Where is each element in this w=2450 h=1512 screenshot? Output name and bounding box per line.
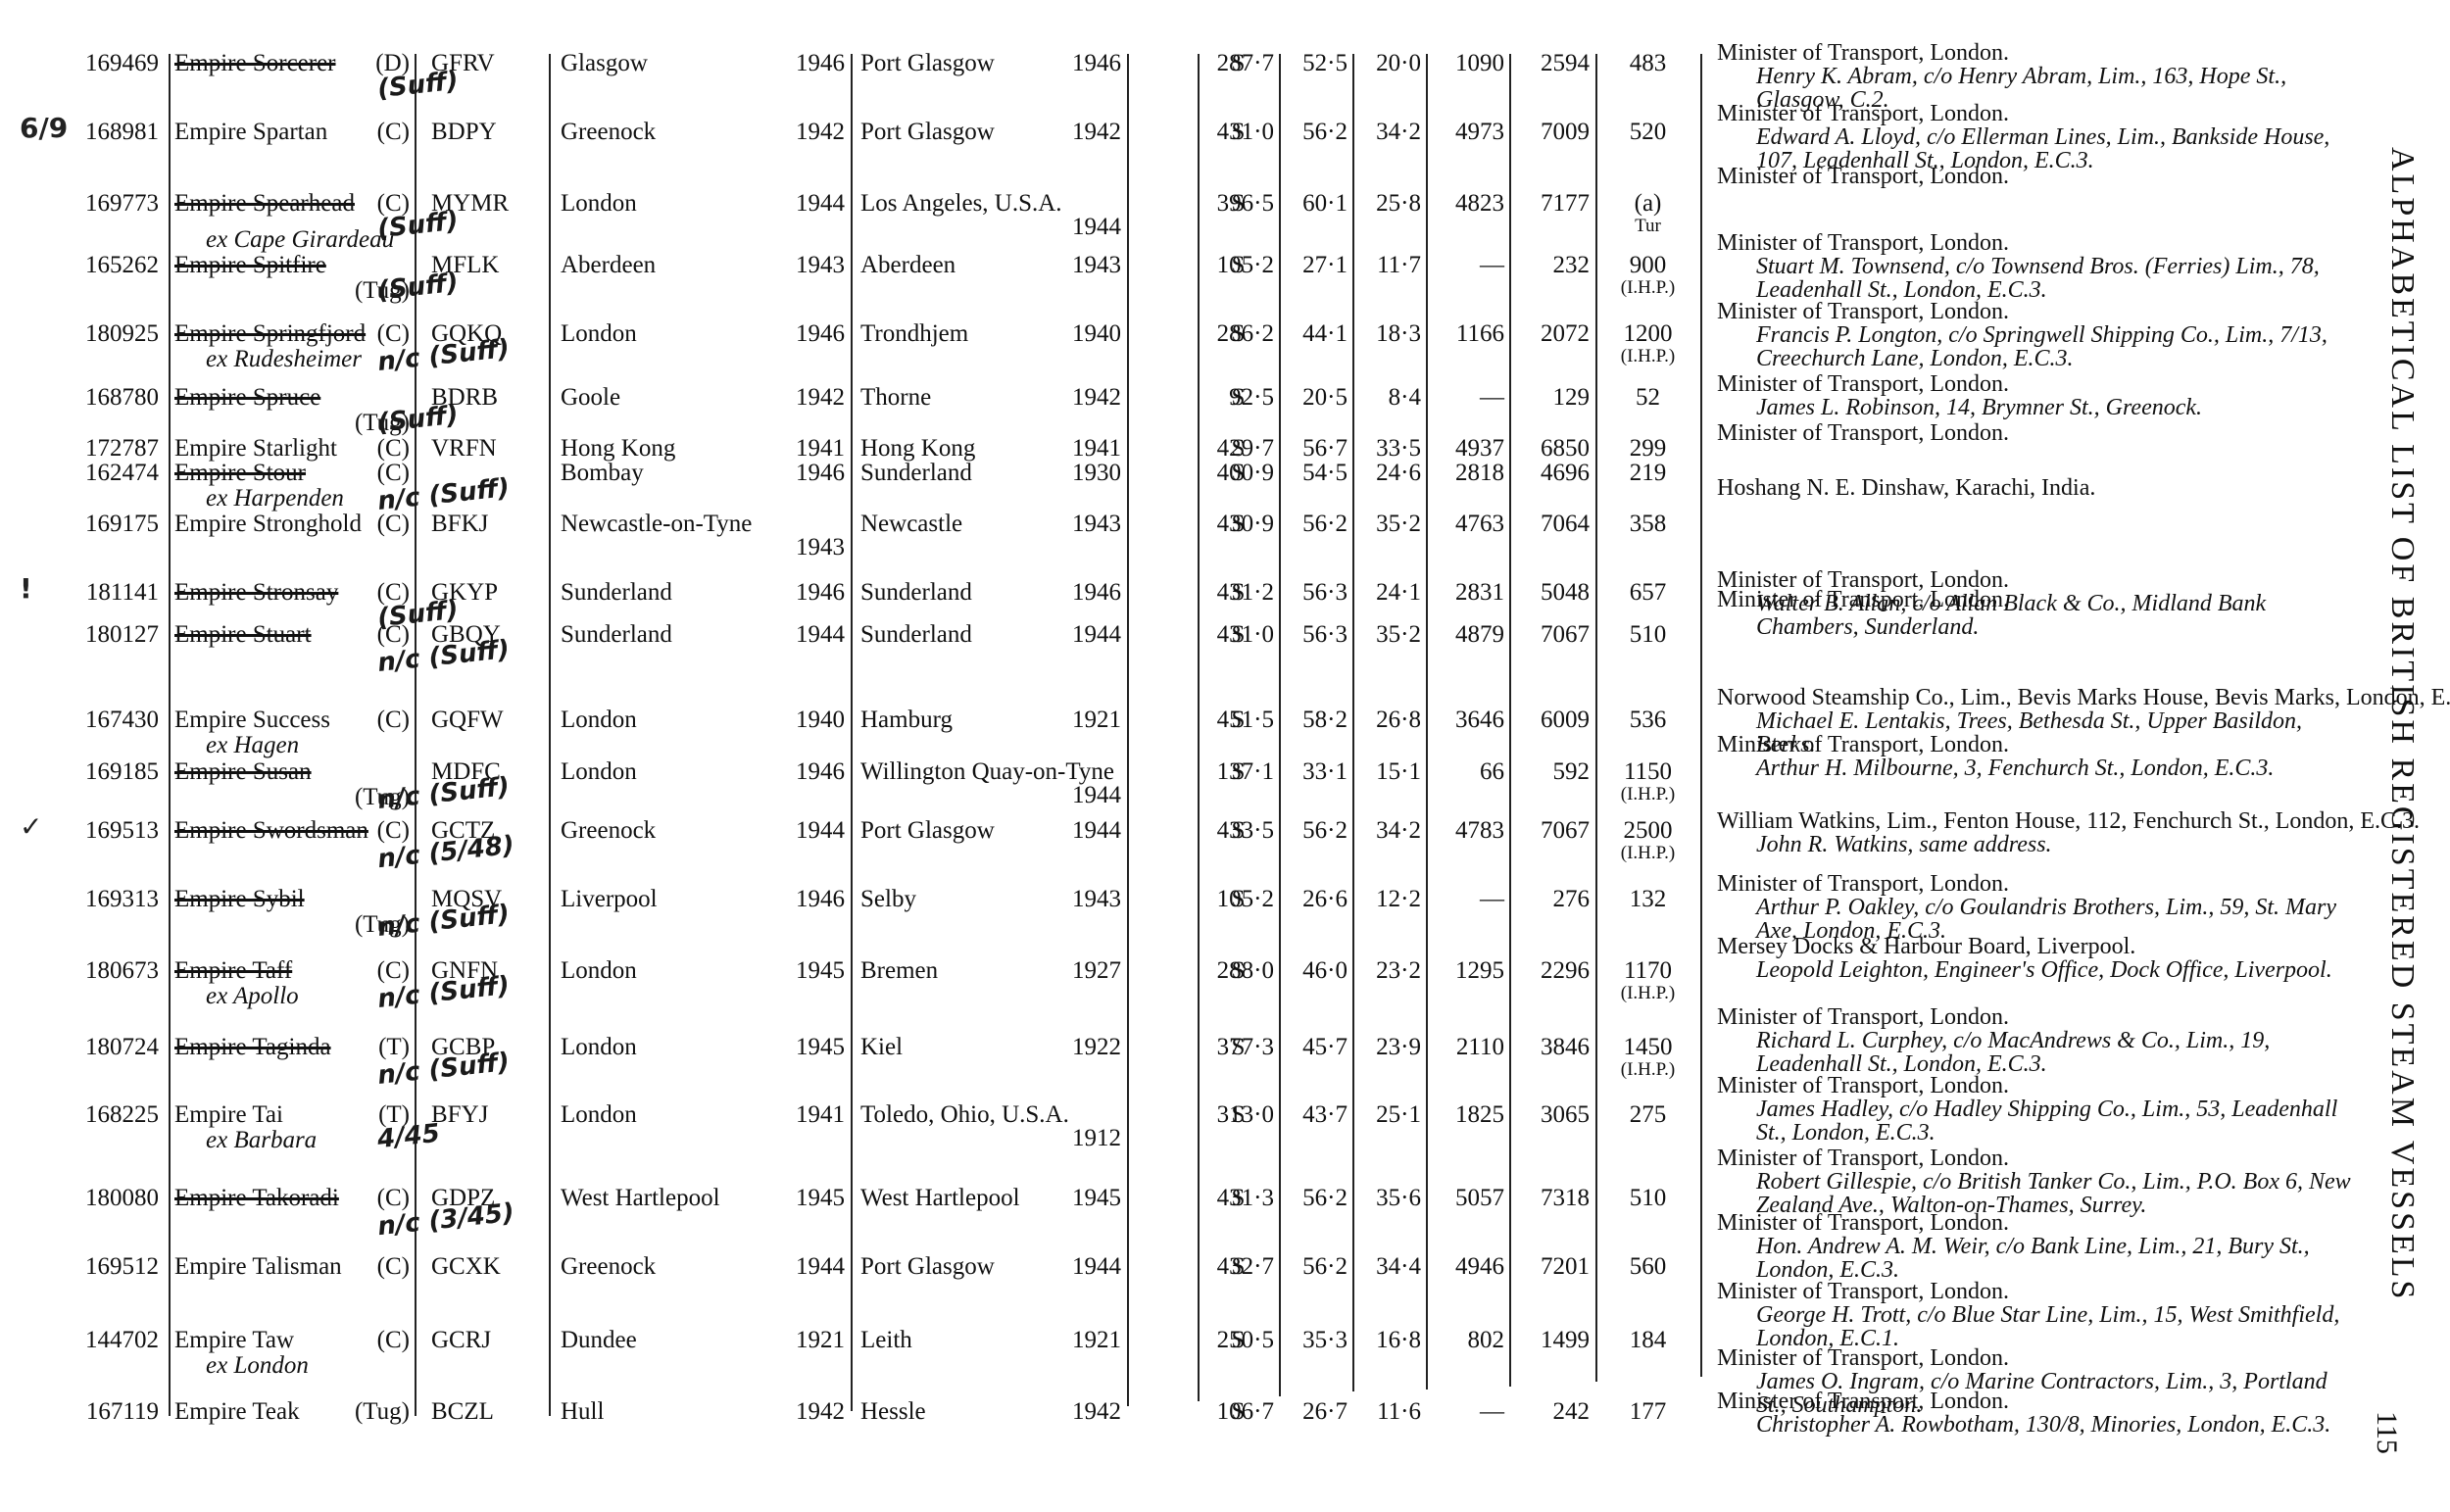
horsepower: 1200 [1595,321,1700,347]
signal-letters: GCRJ [431,1328,539,1353]
owner-manager: Minister of Transport, London.Christophe… [1717,1390,2354,1437]
manager: Richard L. Curphey, c/o MacAndrews & Co.… [1717,1029,2354,1076]
depth-ft: 8·4 [1352,385,1421,411]
former-name: ex Hagen [206,733,412,758]
length-ft: 396·5 [1205,191,1274,217]
gross-tonnage: 2594 [1509,51,1590,76]
signal-letters: BFKJ [431,512,539,537]
depth-ft: 11·7 [1352,253,1421,278]
horsepower: 358 [1595,512,1700,537]
port-of-registry: Goole [561,385,776,411]
breadth-ft: 26·7 [1279,1399,1347,1425]
depth-ft: 18·3 [1352,321,1421,347]
manager: Arthur H. Milbourne, 3, Fenchurch St., L… [1717,756,2354,780]
owner: Minister of Transport, London. [1717,733,2354,756]
gross-tonnage: 7177 [1509,191,1590,217]
built-year: 1921 [1039,1328,1121,1353]
horsepower-note: (I.H.P.) [1595,1060,1700,1080]
registry-year: 1942 [755,1399,845,1425]
vessel-name: Empire Sybil [174,887,370,912]
length-ft: 433·5 [1205,818,1274,844]
horsepower: 184 [1595,1328,1700,1353]
registry-year: 1941 [755,1102,845,1128]
breadth-ft: 58·2 [1279,707,1347,733]
gross-tonnage: 7067 [1509,622,1590,648]
registry-year: 1945 [755,1035,845,1060]
horsepower: 900 [1595,253,1700,278]
net-tonnage: 4783 [1426,818,1504,844]
owner-manager: Minister of Transport, London. [1717,588,2354,611]
horsepower: 52 [1595,385,1700,411]
depth-ft: 12·2 [1352,887,1421,912]
breadth-ft: 20·5 [1279,385,1347,411]
official-number: 162474 [39,461,159,486]
official-number: 168225 [39,1102,159,1128]
vessel-type: (C) [294,818,410,844]
port-of-registry: Bombay [561,461,776,486]
port-of-registry: London [561,321,776,347]
length-ft: 430·9 [1205,512,1274,537]
registry-year: 1946 [755,580,845,606]
built-year: 1942 [1039,385,1121,411]
gross-tonnage: 1499 [1509,1328,1590,1353]
length-ft: 250·5 [1205,1328,1274,1353]
net-tonnage: 1825 [1426,1102,1504,1128]
horsepower-note: (I.H.P.) [1595,844,1700,863]
length-ft: 429·7 [1205,436,1274,462]
horsepower: 520 [1595,120,1700,145]
gross-tonnage: 6009 [1509,707,1590,733]
former-name: ex London [206,1353,412,1379]
owner-manager: Minister of Transport, London.James L. R… [1717,372,2354,419]
vessel-type: (C) [294,436,410,462]
owner-manager: Minister of Transport, London. [1717,421,2354,445]
built-year: 1944 [1039,622,1121,648]
horsepower: 299 [1595,436,1700,462]
breadth-ft: 56·2 [1279,818,1347,844]
depth-ft: 35·2 [1352,512,1421,537]
gross-tonnage: 592 [1509,759,1590,785]
former-name: ex Cape Girardeau [206,227,412,253]
official-number: 168780 [39,385,159,411]
port-of-registry: Hong Kong [561,436,776,462]
depth-ft: 11·6 [1352,1399,1421,1425]
breadth-ft: 27·1 [1279,253,1347,278]
net-tonnage: 1166 [1426,321,1504,347]
gross-tonnage: 4696 [1509,461,1590,486]
vessel-name: Empire Spruce [174,385,370,411]
official-number: 180724 [39,1035,159,1060]
owner: Minister of Transport, London. [1717,231,2354,255]
horsepower-note: Tur [1595,217,1700,236]
depth-ft: 35·2 [1352,622,1421,648]
length-ft: 313·0 [1205,1102,1274,1128]
depth-ft: 15·1 [1352,759,1421,785]
length-ft: 105·2 [1205,253,1274,278]
built-year: 1942 [1039,1399,1121,1425]
official-number: 180673 [39,958,159,984]
signal-letters: BCZL [431,1399,539,1425]
net-tonnage: 4879 [1426,622,1504,648]
owner-manager: Mersey Docks & Harbour Board, Liverpool.… [1717,935,2354,982]
port-of-registry: London [561,759,776,785]
registry-year: 1945 [755,1186,845,1211]
breadth-ft: 56·2 [1279,120,1347,145]
official-number: 169175 [39,512,159,537]
breadth-ft: 56·2 [1279,1186,1347,1211]
owner-manager: Hoshang N. E. Dinshaw, Karachi, India. [1717,476,2354,500]
owner: Minister of Transport, London. [1717,165,2354,188]
owner: Minister of Transport, London. [1717,421,2354,445]
owner: Minister of Transport, London. [1717,1211,2354,1235]
owner: Minister of Transport, London. [1717,872,2354,896]
manager: Christopher A. Rowbotham, 130/8, Minorie… [1717,1413,2354,1437]
official-number: 169469 [39,51,159,76]
port-of-registry: Hull [561,1399,776,1425]
registry-year: 1940 [755,707,845,733]
built-year: 1922 [1039,1035,1121,1060]
breadth-ft: 44·1 [1279,321,1347,347]
registry-year: 1946 [755,321,845,347]
handwritten-annotation: (Suff) [376,270,460,304]
breadth-ft: 56·2 [1279,1254,1347,1280]
official-number: 169513 [39,818,159,844]
length-ft: 92·5 [1205,385,1274,411]
registry-year: 1942 [755,385,845,411]
vessel-type: (C) [294,958,410,984]
port-of-registry: London [561,707,776,733]
owner-manager: Minister of Transport, London.Stuart M. … [1717,231,2354,302]
handwritten-annotation: n/c (Suff) [376,902,511,941]
built-year: 1912 [1039,1126,1121,1151]
vessel-type: (C) [294,1186,410,1211]
port-of-registry: Liverpool [561,887,776,912]
owner: Minister of Transport, London. [1717,1074,2354,1097]
length-ft: 377·3 [1205,1035,1274,1060]
built-year: 1921 [1039,707,1121,733]
registry-year: 1946 [755,51,845,76]
port-of-registry: London [561,1035,776,1060]
length-ft: 106·7 [1205,1399,1274,1425]
port-of-registry: Sunderland [561,580,776,606]
running-title: ALPHABETICAL LIST OF BRITISH REGISTERED … [2362,147,2421,1274]
gross-tonnage: 3846 [1509,1035,1590,1060]
length-ft: 105·2 [1205,887,1274,912]
horsepower: 536 [1595,707,1700,733]
official-number: 180925 [39,321,159,347]
length-ft: 431·0 [1205,622,1274,648]
column-rule [169,54,171,1416]
vessel-type: (C) [294,707,410,733]
breadth-ft: 35·3 [1279,1328,1347,1353]
vessel-type: (C) [294,622,410,648]
signal-letters: GCXK [431,1254,539,1280]
net-tonnage: 5057 [1426,1186,1504,1211]
built-year: 1940 [1039,321,1121,347]
owner: Minister of Transport, London. [1717,1005,2354,1029]
breadth-ft: 33·1 [1279,759,1347,785]
built-year: 1943 [1039,887,1121,912]
registry-year: 1942 [755,120,845,145]
vessel-type: (C) [294,1328,410,1353]
official-number: 168981 [39,120,159,145]
owner: Minister of Transport, London. [1717,1146,2354,1170]
gross-tonnage: 2296 [1509,958,1590,984]
vessel-type: (C) [294,321,410,347]
depth-ft: 33·5 [1352,436,1421,462]
built-year: 1944 [1039,783,1121,808]
length-ft: 400·9 [1205,461,1274,486]
net-tonnage: 4937 [1426,436,1504,462]
vessel-name: Empire Susan [174,759,370,785]
depth-ft: 24·1 [1352,580,1421,606]
built-year: 1930 [1039,461,1121,486]
column-rule [1127,54,1129,1406]
manager: George H. Trott, c/o Blue Star Line, Lim… [1717,1303,2354,1350]
owner: Hoshang N. E. Dinshaw, Karachi, India. [1717,476,2354,500]
manager: Francis P. Longton, c/o Springwell Shipp… [1717,323,2354,370]
horsepower: 219 [1595,461,1700,486]
vessel-type: (C) [294,461,410,486]
breadth-ft: 45·7 [1279,1035,1347,1060]
breadth-ft: 60·1 [1279,191,1347,217]
owner-manager: William Watkins, Lim., Fenton House, 112… [1717,809,2354,856]
column-rule [851,54,853,1411]
registry-year: 1946 [755,759,845,785]
owner: Minister of Transport, London. [1717,102,2354,125]
column-rule [1700,54,1702,1377]
depth-ft: 34·4 [1352,1254,1421,1280]
gross-tonnage: 232 [1509,253,1590,278]
length-ft: 288·0 [1205,958,1274,984]
port-of-registry: Sunderland [561,622,776,648]
built-year: 1944 [1039,818,1121,844]
depth-ft: 34·2 [1352,818,1421,844]
port-of-registry: Glasgow [561,51,776,76]
gross-tonnage: 129 [1509,385,1590,411]
owner: Minister of Transport, London. [1717,588,2354,611]
length-ft: 137·1 [1205,759,1274,785]
official-number: 169185 [39,759,159,785]
signal-letters: BDPY [431,120,539,145]
owner-manager: Minister of Transport, London.Francis P.… [1717,300,2354,370]
gross-tonnage: 7201 [1509,1254,1590,1280]
registry-year: 1943 [755,253,845,278]
depth-ft: 23·9 [1352,1035,1421,1060]
gross-tonnage: 7067 [1509,818,1590,844]
net-tonnage: 4823 [1426,191,1504,217]
official-number: 169773 [39,191,159,217]
built-year: 1927 [1039,958,1121,984]
official-number: 180080 [39,1186,159,1211]
net-tonnage: 66 [1426,759,1504,785]
horsepower: 510 [1595,1186,1700,1211]
owner: Minister of Transport, London. [1717,1390,2354,1413]
register-page: 169469Empire Sorcerer(D)GFRVGlasgow1946P… [0,0,2450,1512]
gross-tonnage: 2072 [1509,321,1590,347]
depth-ft: 24·6 [1352,461,1421,486]
registry-year: 1943 [755,535,845,561]
manager: James L. Robinson, 14, Brymner St., Gree… [1717,396,2354,419]
net-tonnage: 4946 [1426,1254,1504,1280]
breadth-ft: 56·7 [1279,436,1347,462]
gross-tonnage: 3065 [1509,1102,1590,1128]
vessel-name: Empire Spitfire [174,253,370,278]
built-year: 1944 [1039,1254,1121,1280]
built-year: 1944 [1039,215,1121,240]
margin-note: ! [20,576,32,602]
registry-year: 1921 [755,1328,845,1353]
manager: James Hadley, c/o Hadley Shipping Co., L… [1717,1097,2354,1145]
owner-manager: Minister of Transport, London.James Hadl… [1717,1074,2354,1145]
handwritten-annotation: 4/45 [376,1121,441,1153]
breadth-ft: 46·0 [1279,958,1347,984]
registry-year: 1946 [755,461,845,486]
owner: William Watkins, Lim., Fenton House, 112… [1717,809,2354,833]
length-ft: 431·0 [1205,120,1274,145]
handwritten-annotation: (Suff) [376,403,460,436]
registry-year: 1944 [755,622,845,648]
owner-manager: Minister of Transport, London.Edward A. … [1717,102,2354,172]
registry-year: 1945 [755,958,845,984]
depth-ft: 25·1 [1352,1102,1421,1128]
port-of-registry: Dundee [561,1328,776,1353]
net-tonnage: — [1426,385,1504,411]
owner-manager: Minister of Transport, London.Robert Gil… [1717,1146,2354,1217]
vessel-type: (C) [294,120,410,145]
manager: Hon. Andrew A. M. Weir, c/o Bank Line, L… [1717,1235,2354,1282]
official-number: 181141 [39,580,159,606]
built-year: 1946 [1039,51,1121,76]
official-number: 167430 [39,707,159,733]
net-tonnage: 2818 [1426,461,1504,486]
port-of-registry: London [561,958,776,984]
port-of-registry: Greenock [561,818,776,844]
owner-manager: Minister of Transport, London.Richard L.… [1717,1005,2354,1076]
length-ft: 451·5 [1205,707,1274,733]
owner-manager: Minister of Transport, London. [1717,165,2354,188]
breadth-ft: 56·3 [1279,622,1347,648]
net-tonnage: 3646 [1426,707,1504,733]
net-tonnage: 802 [1426,1328,1504,1353]
length-ft: 431·3 [1205,1186,1274,1211]
signal-letters: BFYJ [431,1102,539,1128]
owner: Minister of Transport, London. [1717,372,2354,396]
signal-letters: GQFW [431,707,539,733]
horsepower: 510 [1595,622,1700,648]
net-tonnage: — [1426,253,1504,278]
horsepower: 1170 [1595,958,1700,984]
column-rule [549,54,551,1416]
net-tonnage: 2110 [1426,1035,1504,1060]
built-year: 1943 [1039,253,1121,278]
port-of-registry: Aberdeen [561,253,776,278]
registry-year: 1944 [755,191,845,217]
owner-manager: Minister of Transport, London.George H. … [1717,1280,2354,1350]
depth-ft: 25·8 [1352,191,1421,217]
registry-year: 1944 [755,1254,845,1280]
official-number: 144702 [39,1328,159,1353]
owner-manager: Minister of Transport, London.Arthur H. … [1717,733,2354,780]
length-ft: 432·7 [1205,1254,1274,1280]
depth-ft: 23·2 [1352,958,1421,984]
built-year: 1943 [1039,512,1121,537]
net-tonnage: 2831 [1426,580,1504,606]
net-tonnage: 4763 [1426,512,1504,537]
manager: Stuart M. Townsend, c/o Townsend Bros. (… [1717,255,2354,302]
length-ft: 431·2 [1205,580,1274,606]
gross-tonnage: 7064 [1509,512,1590,537]
depth-ft: 26·8 [1352,707,1421,733]
vessel-type: (T) [294,1035,410,1060]
handwritten-annotation: n/c (Suff) [376,774,511,813]
official-number: 180127 [39,622,159,648]
net-tonnage: 1090 [1426,51,1504,76]
registry-year: 1944 [755,818,845,844]
signal-letters: VRFN [431,436,539,462]
depth-ft: 20·0 [1352,51,1421,76]
breadth-ft: 54·5 [1279,461,1347,486]
manager: John R. Watkins, same address. [1717,833,2354,856]
breadth-ft: 56·2 [1279,512,1347,537]
breadth-ft: 56·3 [1279,580,1347,606]
depth-ft: 16·8 [1352,1328,1421,1353]
official-number: 169313 [39,887,159,912]
horsepower: 483 [1595,51,1700,76]
built-year: 1942 [1039,120,1121,145]
owner: Mersey Docks & Harbour Board, Liverpool. [1717,935,2354,958]
built-year: 1941 [1039,436,1121,462]
horsepower-note: (I.H.P.) [1595,785,1700,805]
owner-manager: Minister of Transport, London.Arthur P. … [1717,872,2354,943]
official-number: 165262 [39,253,159,278]
horsepower: 1450 [1595,1035,1700,1060]
handwritten-annotation: (Suff) [376,69,460,102]
horsepower-note: (I.H.P.) [1595,984,1700,1003]
registry-year: 1946 [755,887,845,912]
gross-tonnage: 6850 [1509,436,1590,462]
page-number: 115 [2370,1411,2403,1454]
net-tonnage: — [1426,887,1504,912]
gross-tonnage: 5048 [1509,580,1590,606]
gross-tonnage: 7318 [1509,1186,1590,1211]
gross-tonnage: 242 [1509,1399,1590,1425]
built-year: 1945 [1039,1186,1121,1211]
breadth-ft: 52·5 [1279,51,1347,76]
horsepower: 2500 [1595,818,1700,844]
manager: Leopold Leighton, Engineer's Office, Doc… [1717,958,2354,982]
length-ft: 286·2 [1205,321,1274,347]
owner-manager: Minister of Transport, London.Hon. Andre… [1717,1211,2354,1282]
port-of-registry: Greenock [561,1254,776,1280]
vessel-type: (C) [294,512,410,537]
registry-year: 1941 [755,436,845,462]
net-tonnage: 1295 [1426,958,1504,984]
port-of-registry: Greenock [561,120,776,145]
net-tonnage: 4973 [1426,120,1504,145]
port-of-registry: West Hartlepool [561,1186,776,1211]
owner: Minister of Transport, London. [1717,300,2354,323]
horsepower: 1150 [1595,759,1700,785]
horsepower-note: (I.H.P.) [1595,347,1700,366]
vessel-type: (Tug) [294,1399,410,1425]
depth-ft: 34·2 [1352,120,1421,145]
horsepower: (a) [1595,191,1700,217]
port-of-registry: London [561,191,776,217]
built-year: 1946 [1039,580,1121,606]
official-number: 167119 [39,1399,159,1425]
gross-tonnage: 7009 [1509,120,1590,145]
